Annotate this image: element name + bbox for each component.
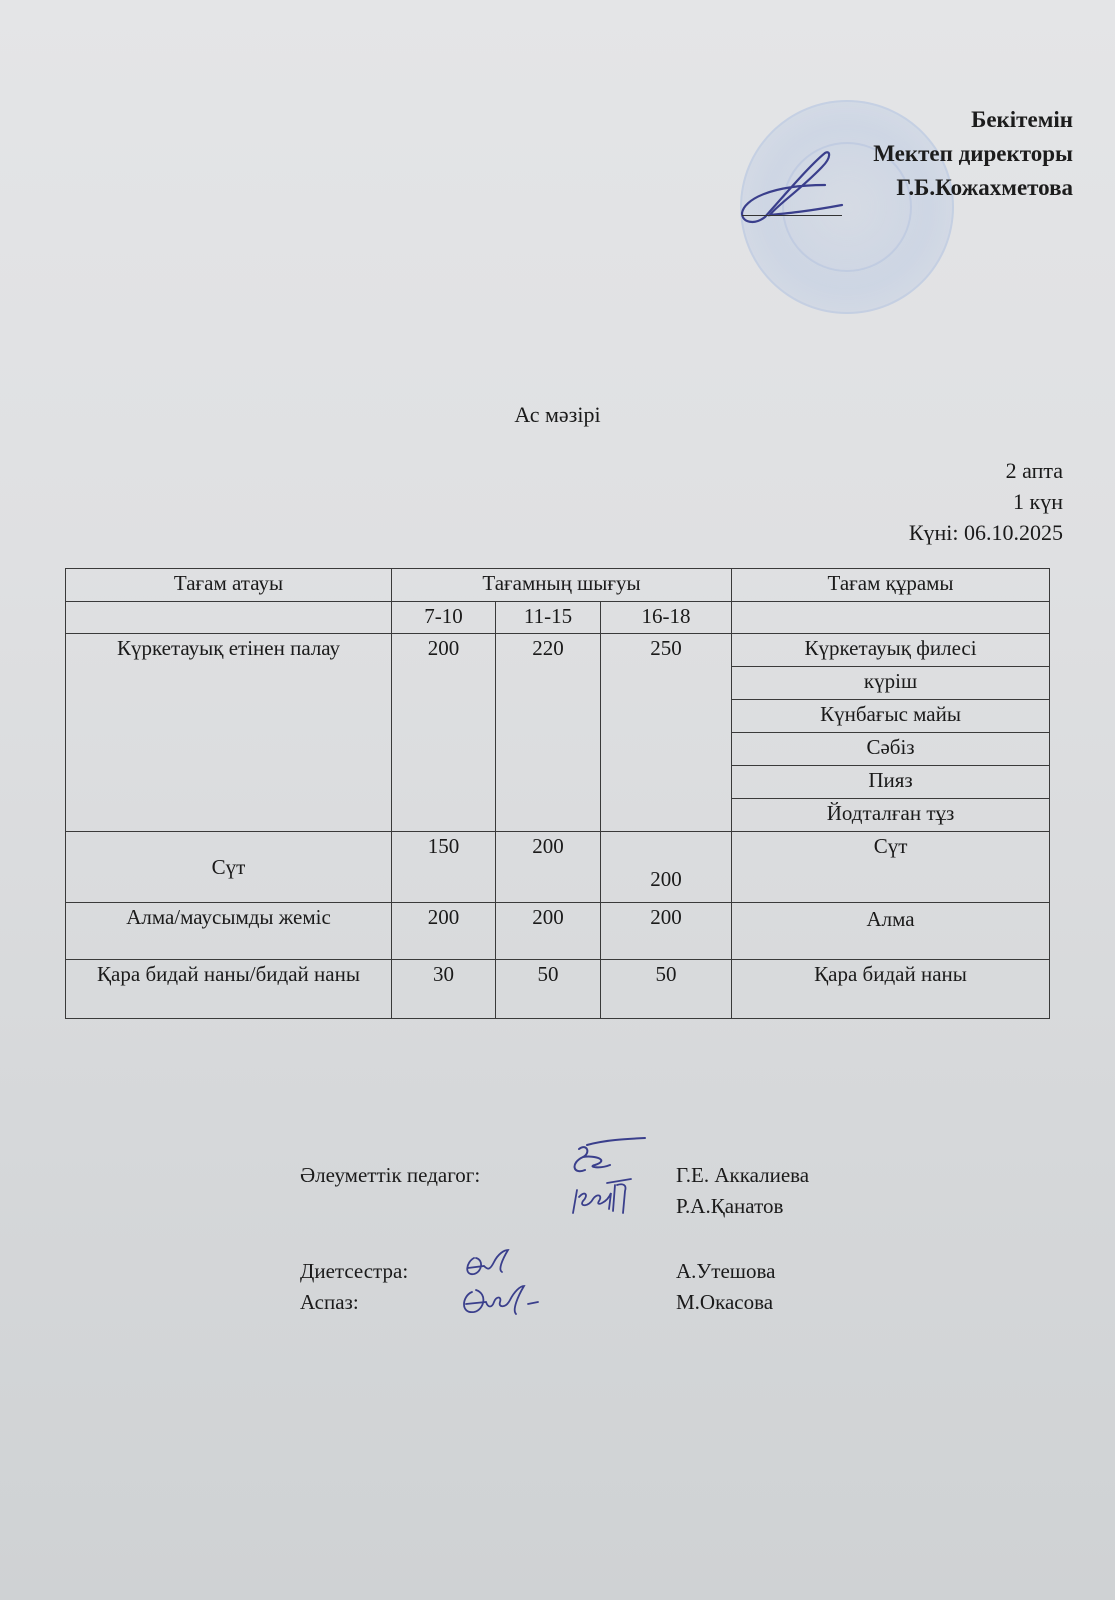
portion-cell: 200 xyxy=(496,832,601,903)
signature-name: Р.А.Қанатов xyxy=(676,1191,809,1222)
approval-heading: Бекітемін xyxy=(873,103,1073,137)
header-ingredients: Тағам құрамы xyxy=(732,569,1050,602)
header-dish-name: Тағам атауы xyxy=(66,569,392,602)
age-group-cell: 16-18 xyxy=(601,602,732,634)
dish-name-cell: Күркетауық етінен палау xyxy=(66,634,392,832)
age-group-cell: 11-15 xyxy=(496,602,601,634)
ingredient-cell: Алма xyxy=(732,903,1050,960)
portion-cell: 50 xyxy=(601,960,732,1019)
signature-names: М.Окасова xyxy=(676,1287,773,1318)
signature-name: М.Окасова xyxy=(676,1287,773,1318)
approval-block: Бекітемін Мектеп директоры Г.Б.Кожахмето… xyxy=(873,103,1073,205)
dietitian-signature-icon xyxy=(462,1248,522,1282)
table-row: Күркетауық етінен палау 200 220 250 Күрк… xyxy=(66,634,1050,667)
portion-cell: 200 xyxy=(392,903,496,960)
signature-names: Г.Е. Аккалиева Р.А.Қанатов xyxy=(676,1160,809,1222)
ingredient-cell: Сүт xyxy=(732,832,1050,903)
age-group-cell: 7-10 xyxy=(392,602,496,634)
portion-cell: 200 xyxy=(496,903,601,960)
table-header-row: Тағам атауы Тағамның шығуы Тағам құрамы xyxy=(66,569,1050,602)
header-portion: Тағамның шығуы xyxy=(392,569,732,602)
day-label: 1 күн xyxy=(909,486,1063,517)
ingredient-cell: Сәбіз xyxy=(732,733,1050,766)
menu-table: Тағам атауы Тағамның шығуы Тағам құрамы … xyxy=(65,568,1050,1019)
signature-names: А.Утешова xyxy=(676,1256,775,1287)
ingredient-cell: Пияз xyxy=(732,766,1050,799)
ingredient-cell: Йодталған тұз xyxy=(732,799,1050,832)
dish-name-cell: Сүт xyxy=(66,832,392,903)
signature-name: Г.Е. Аккалиева xyxy=(676,1160,809,1191)
table-row: Сүт 150 200 200 Сүт xyxy=(66,832,1050,903)
table-row: Қара бидай наны/бидай наны 30 50 50 Қара… xyxy=(66,960,1050,1019)
portion-cell: 200 xyxy=(392,634,496,832)
age-empty-cell xyxy=(66,602,392,634)
signature-name: А.Утешова xyxy=(676,1256,775,1287)
document-meta: 2 апта 1 күн Күні: 06.10.2025 xyxy=(909,455,1063,548)
week-label: 2 апта xyxy=(909,455,1063,486)
ingredient-cell: күріш xyxy=(732,667,1050,700)
ingredient-cell: Күнбағыс майы xyxy=(732,700,1050,733)
age-empty-cell xyxy=(732,602,1050,634)
ingredient-cell: Күркетауық филесі xyxy=(732,634,1050,667)
cook-signature-icon xyxy=(458,1282,553,1326)
signature-dietitian: Диетсестра: xyxy=(300,1256,408,1287)
signature-role: Аспаз: xyxy=(300,1287,359,1318)
signature-cook: Аспаз: xyxy=(300,1287,359,1318)
approval-position: Мектеп директоры xyxy=(873,137,1073,171)
portion-cell: 200 xyxy=(601,832,732,903)
ingredient-cell: Қара бидай наны xyxy=(732,960,1050,1019)
signature-role: Әлеуметтік педагог: xyxy=(300,1160,480,1191)
menu-document: Бекітемін Мектеп директоры Г.Б.Кожахмето… xyxy=(0,0,1115,1600)
portion-cell: 200 xyxy=(601,903,732,960)
table-row: Алма/маусымды жеміс 200 200 200 Алма xyxy=(66,903,1050,960)
date-label: Күні: 06.10.2025 xyxy=(909,517,1063,548)
document-title: Ас мәзірі xyxy=(0,402,1115,428)
portion-cell: 150 xyxy=(392,832,496,903)
social-pedagogue-signature-icon xyxy=(565,1135,655,1225)
approval-director-name: Г.Б.Кожахметова xyxy=(873,171,1073,205)
portion-cell: 220 xyxy=(496,634,601,832)
portion-cell: 50 xyxy=(496,960,601,1019)
portion-cell: 250 xyxy=(601,634,732,832)
dish-name-cell: Қара бидай наны/бидай наны xyxy=(66,960,392,1019)
signature-line xyxy=(742,215,842,216)
dish-name-cell: Алма/маусымды жеміс xyxy=(66,903,392,960)
age-group-row: 7-10 11-15 16-18 xyxy=(66,602,1050,634)
signature-role: Диетсестра: xyxy=(300,1256,408,1287)
director-signature-icon xyxy=(730,145,860,225)
portion-cell: 30 xyxy=(392,960,496,1019)
